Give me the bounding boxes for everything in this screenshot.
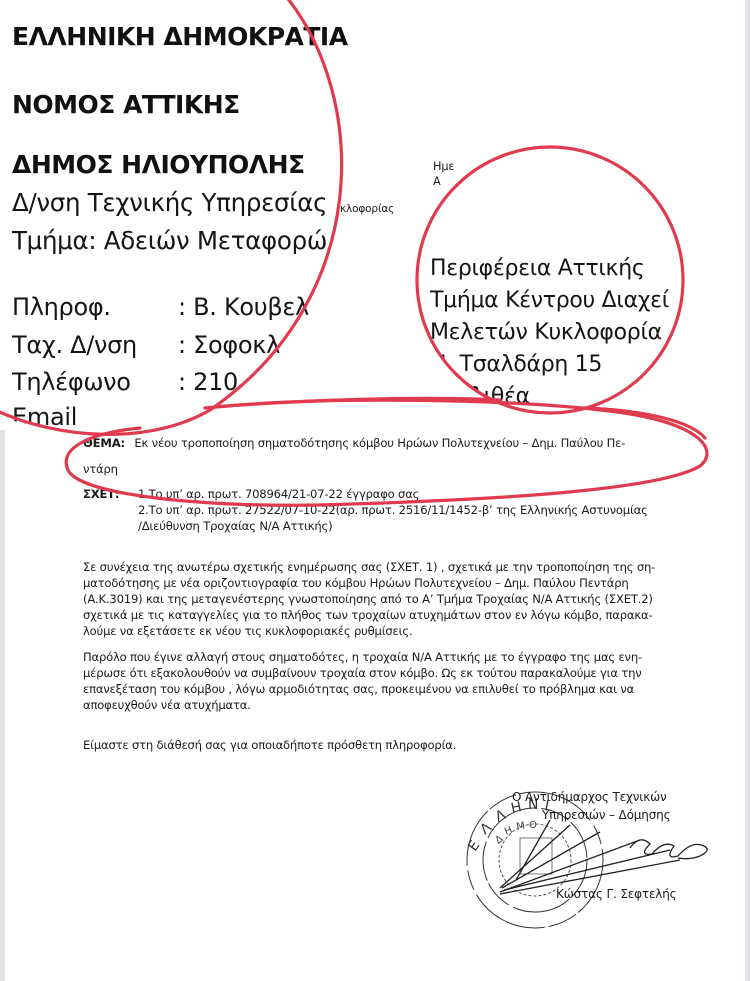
directorate-tail-text: κλοφορίας bbox=[340, 203, 394, 215]
contact-label-info: Πληροφ. bbox=[12, 293, 111, 321]
svg-text:Δ: Δ bbox=[493, 833, 505, 846]
signatory-name: Κώστας Γ. Σεφτελής bbox=[556, 887, 677, 901]
reference-item-2: 2.Το υπ’ αρ. πρωτ. 27522/07-10-22(αρ. πρ… bbox=[138, 503, 648, 517]
recipient-line-4: Π. Τσαλδάρη 15 bbox=[430, 352, 602, 377]
subject-label: ΘΕΜΑ: bbox=[83, 436, 125, 450]
references-label: ΣΧΕΤ: bbox=[83, 487, 119, 501]
contact-value-info: : Β. Κουβελ bbox=[178, 293, 309, 321]
signature-block: Ε Λ Λ Η Ν Ι Δ Η Μ Ο Ο bbox=[440, 780, 740, 970]
contact-label-email: Email bbox=[12, 403, 77, 431]
date-label-partial: Ημε bbox=[433, 160, 454, 173]
recipient-line-5: Καλλιθέα bbox=[430, 384, 530, 409]
contact-value-phone: : 210 bbox=[178, 368, 238, 396]
body-line-9: αποφευχθούν νέα ατυχήματα. bbox=[83, 698, 251, 712]
reference-item-2-cont: /Διεύθυνση Τροχαίας Ν/Α Αττικής) bbox=[138, 519, 332, 533]
body-line-5: λούμε να εξετάσετε εκ νέου τις κυκλοφορι… bbox=[83, 624, 412, 638]
page-edge-right bbox=[745, 0, 750, 981]
ref-label-partial: Α bbox=[433, 175, 441, 188]
svg-text:Ο: Ο bbox=[529, 820, 537, 831]
body-line-4: σχετικά με τις καταγγελίες για το πλήθος… bbox=[83, 608, 652, 622]
svg-text:Η: Η bbox=[503, 825, 514, 838]
page-edge-left bbox=[0, 430, 5, 981]
recipient-line-3: Μελετών Κυκλοφορία bbox=[430, 320, 662, 345]
subject-row: ΘΕΜΑ: Εκ νέου τροποποίηση σηματοδότησης … bbox=[83, 436, 625, 450]
recipient-line-1: Περιφέρεια Αττικής bbox=[430, 256, 644, 281]
body-line-2: ματοδότησης με νέα οριζοντιογραφία του κ… bbox=[83, 576, 629, 590]
body-line-8: επανεξέταση του κόμβου , λόγω αρμοδιότητ… bbox=[83, 682, 634, 696]
signatory-title-line1: Ο Αντιδήμαρχος Τεχνικών bbox=[512, 790, 667, 804]
svg-text:Μ: Μ bbox=[516, 821, 526, 833]
body-line-6: Παρόλο που έγινε αλλαγή στους σηματοδότε… bbox=[83, 650, 642, 664]
directorate-line: Δ/νση Τεχνικής Υπηρεσίας bbox=[12, 188, 327, 217]
body-line-1: Σε συνέχεια της ανωτέρω σχετικής ενημέρω… bbox=[83, 560, 655, 574]
department-line: Τμήμα: Αδειών Μεταφορώ bbox=[12, 226, 327, 255]
signatory-title-line2: Υπηρεσιών – Δόμησης bbox=[542, 808, 671, 822]
document-page: ΕΛΛΗΝΙΚΗ ΔΗΜΟΚΡΑΤΙΑ ΝΟΜΟΣ ΑΤΤΙΚΗΣ ΔΗΜΟΣ … bbox=[0, 0, 750, 981]
svg-text:Λ: Λ bbox=[477, 819, 495, 838]
contact-value-address: : Σοφοκλ bbox=[178, 331, 280, 359]
municipality-heading: ΔΗΜΟΣ ΗΛΙΟΥΠΟΛΗΣ bbox=[12, 150, 305, 179]
references-label-row: ΣΧΕΤ: bbox=[83, 487, 119, 501]
subject-text-line2: ντάρη bbox=[83, 462, 118, 476]
reference-item-1: 1.Το υπ’ αρ. πρωτ. 708964/21-07-22 έγγρα… bbox=[138, 487, 419, 501]
contact-label-address: Ταχ. Δ/νση bbox=[12, 331, 137, 359]
country-heading: ΕΛΛΗΝΙΚΗ ΔΗΜΟΚΡΑΤΙΑ bbox=[12, 22, 348, 51]
body-line-3: (Α.Κ.3019) και της μεταγενέστερης γνωστο… bbox=[83, 592, 653, 606]
prefecture-heading: ΝΟΜΟΣ ΑΤΤΙΚΗΣ bbox=[12, 90, 240, 119]
subject-text-line1: Εκ νέου τροποποίηση σηματοδότησης κόμβου… bbox=[134, 436, 625, 450]
contact-label-phone: Τηλέφωνο bbox=[12, 368, 131, 396]
closing-line: Είμαστε στη διάθεσή σας για οποιαδήποτε … bbox=[83, 738, 456, 752]
body-line-7: μέρωσε ότι εξακολουθούν να συμβαίνουν τρ… bbox=[83, 666, 642, 680]
recipient-line-2: Τμήμα Κέντρου Διαχεί bbox=[430, 288, 669, 313]
